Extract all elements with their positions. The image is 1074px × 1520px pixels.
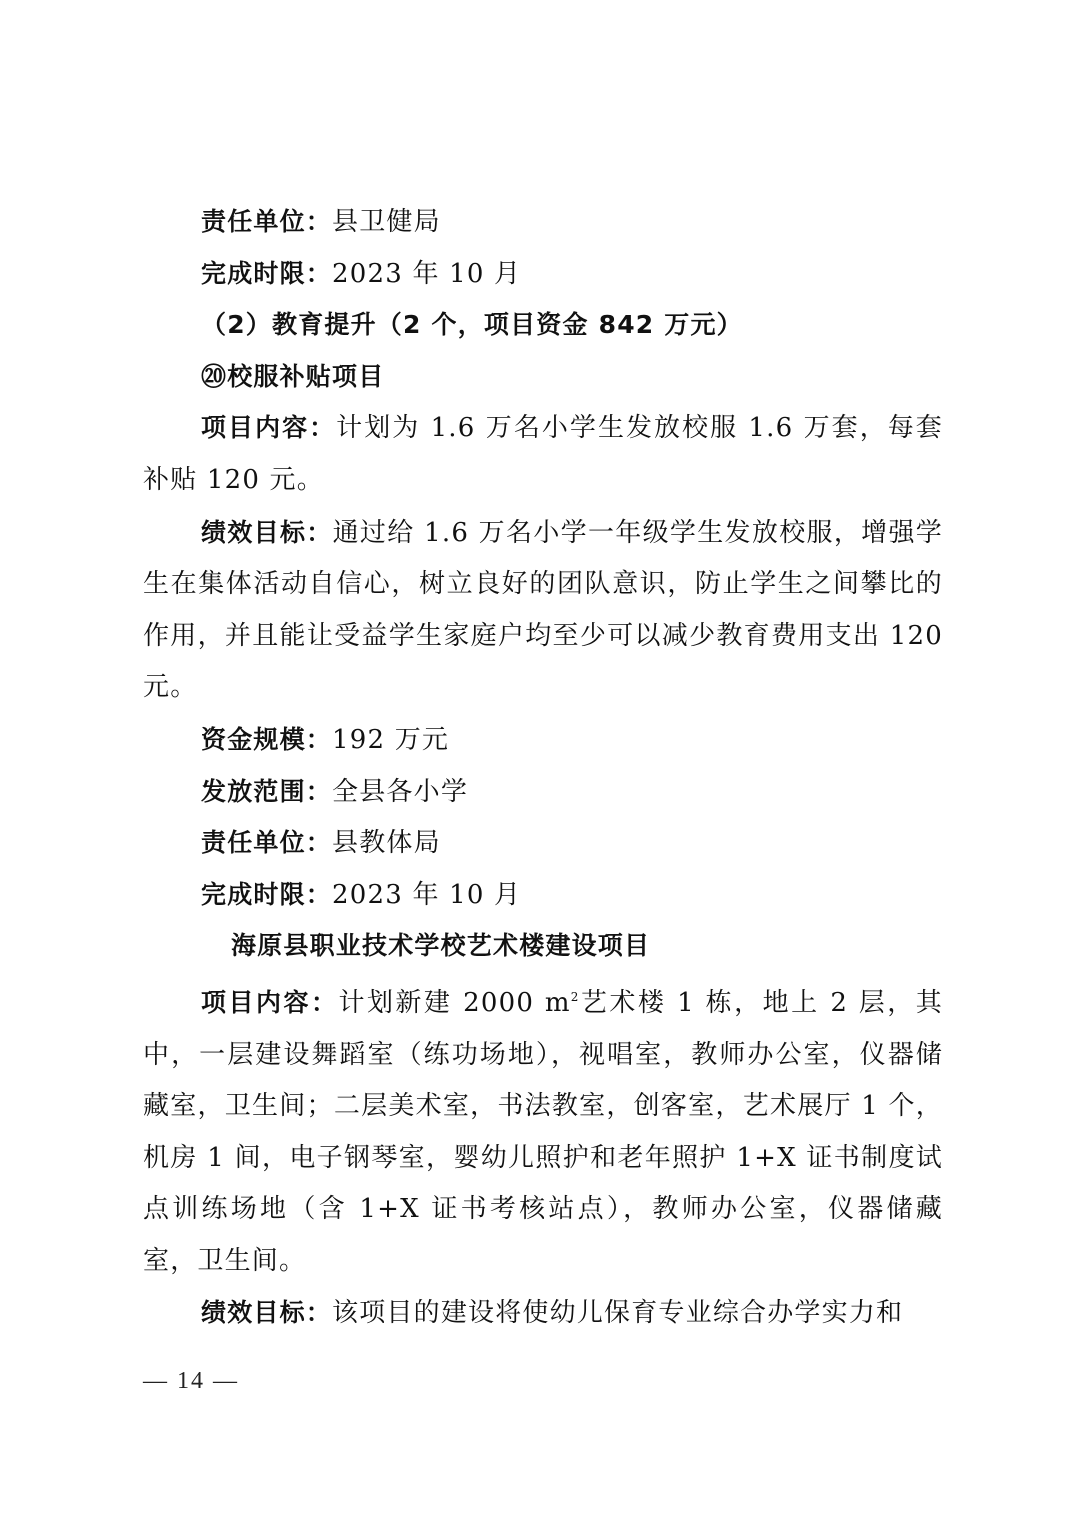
deadline-line: 完成时限：2023 年 10 月 bbox=[143, 869, 943, 921]
project-21-content: 项目内容：计划新建 2000 m2艺术楼 1 栋，地上 2 层，其中，一层建设舞… bbox=[143, 972, 943, 1288]
deadline-line: 完成时限：2023 年 10 月 bbox=[143, 248, 943, 300]
funds-value: 192 万元 bbox=[332, 725, 449, 755]
responsible-unit-value: 县卫健局 bbox=[332, 207, 441, 237]
scope-label: 发放范围： bbox=[201, 777, 332, 806]
square-meter-superscript: 2 bbox=[571, 990, 580, 1004]
funds-line: 资金规模：192 万元 bbox=[143, 714, 943, 766]
responsible-unit-line: 责任单位：县教体局 bbox=[143, 817, 943, 869]
document-page: 责任单位：县卫健局 完成时限：2023 年 10 月 （2）教育提升（2 个，项… bbox=[143, 196, 943, 1340]
scope-value: 全县各小学 bbox=[332, 777, 468, 807]
responsible-unit-line: 责任单位：县卫健局 bbox=[143, 196, 943, 248]
deadline-label: 完成时限： bbox=[201, 259, 332, 288]
deadline-value: 2023 年 10 月 bbox=[332, 259, 521, 289]
project-20-content: 项目内容：计划为 1.6 万名小学生发放校服 1.6 万套，每套补贴 120 元… bbox=[143, 402, 943, 506]
category-heading: （2）教育提升（2 个，项目资金 842 万元） bbox=[143, 299, 943, 351]
page-number: — 14 — bbox=[143, 1368, 239, 1395]
project-20-title: ⑳校服补贴项目 bbox=[143, 351, 943, 403]
project-content-label: 项目内容： bbox=[201, 413, 336, 442]
project-content-text-pre: 计划新建 2000 m bbox=[338, 988, 570, 1018]
project-21-title: 海原县职业技术学校艺术楼建设项目 bbox=[143, 920, 943, 972]
project-21-goal: 绩效目标：该项目的建设将使幼儿保育专业综合办学实力和 bbox=[143, 1287, 943, 1340]
project-content-text-post: 艺术楼 1 栋，地上 2 层，其中，一层建设舞蹈室（练功场地），视唱室，教师办公… bbox=[143, 988, 943, 1276]
responsible-unit-value: 县教体局 bbox=[332, 828, 441, 858]
responsible-unit-label: 责任单位： bbox=[201, 207, 332, 236]
performance-goal-label: 绩效目标： bbox=[201, 518, 333, 547]
deadline-label: 完成时限： bbox=[201, 880, 332, 909]
project-20-goal: 绩效目标：通过给 1.6 万名小学一年级学生发放校服，增强学生在集体活动自信心，… bbox=[143, 507, 943, 714]
deadline-value: 2023 年 10 月 bbox=[332, 880, 521, 910]
performance-goal-text: 该项目的建设将使幼儿保育专业综合办学实力和 bbox=[332, 1298, 903, 1328]
funds-label: 资金规模： bbox=[201, 725, 332, 754]
responsible-unit-label: 责任单位： bbox=[201, 828, 332, 857]
project-content-label: 项目内容： bbox=[201, 988, 338, 1017]
performance-goal-label: 绩效目标： bbox=[201, 1298, 332, 1327]
scope-line: 发放范围：全县各小学 bbox=[143, 766, 943, 818]
